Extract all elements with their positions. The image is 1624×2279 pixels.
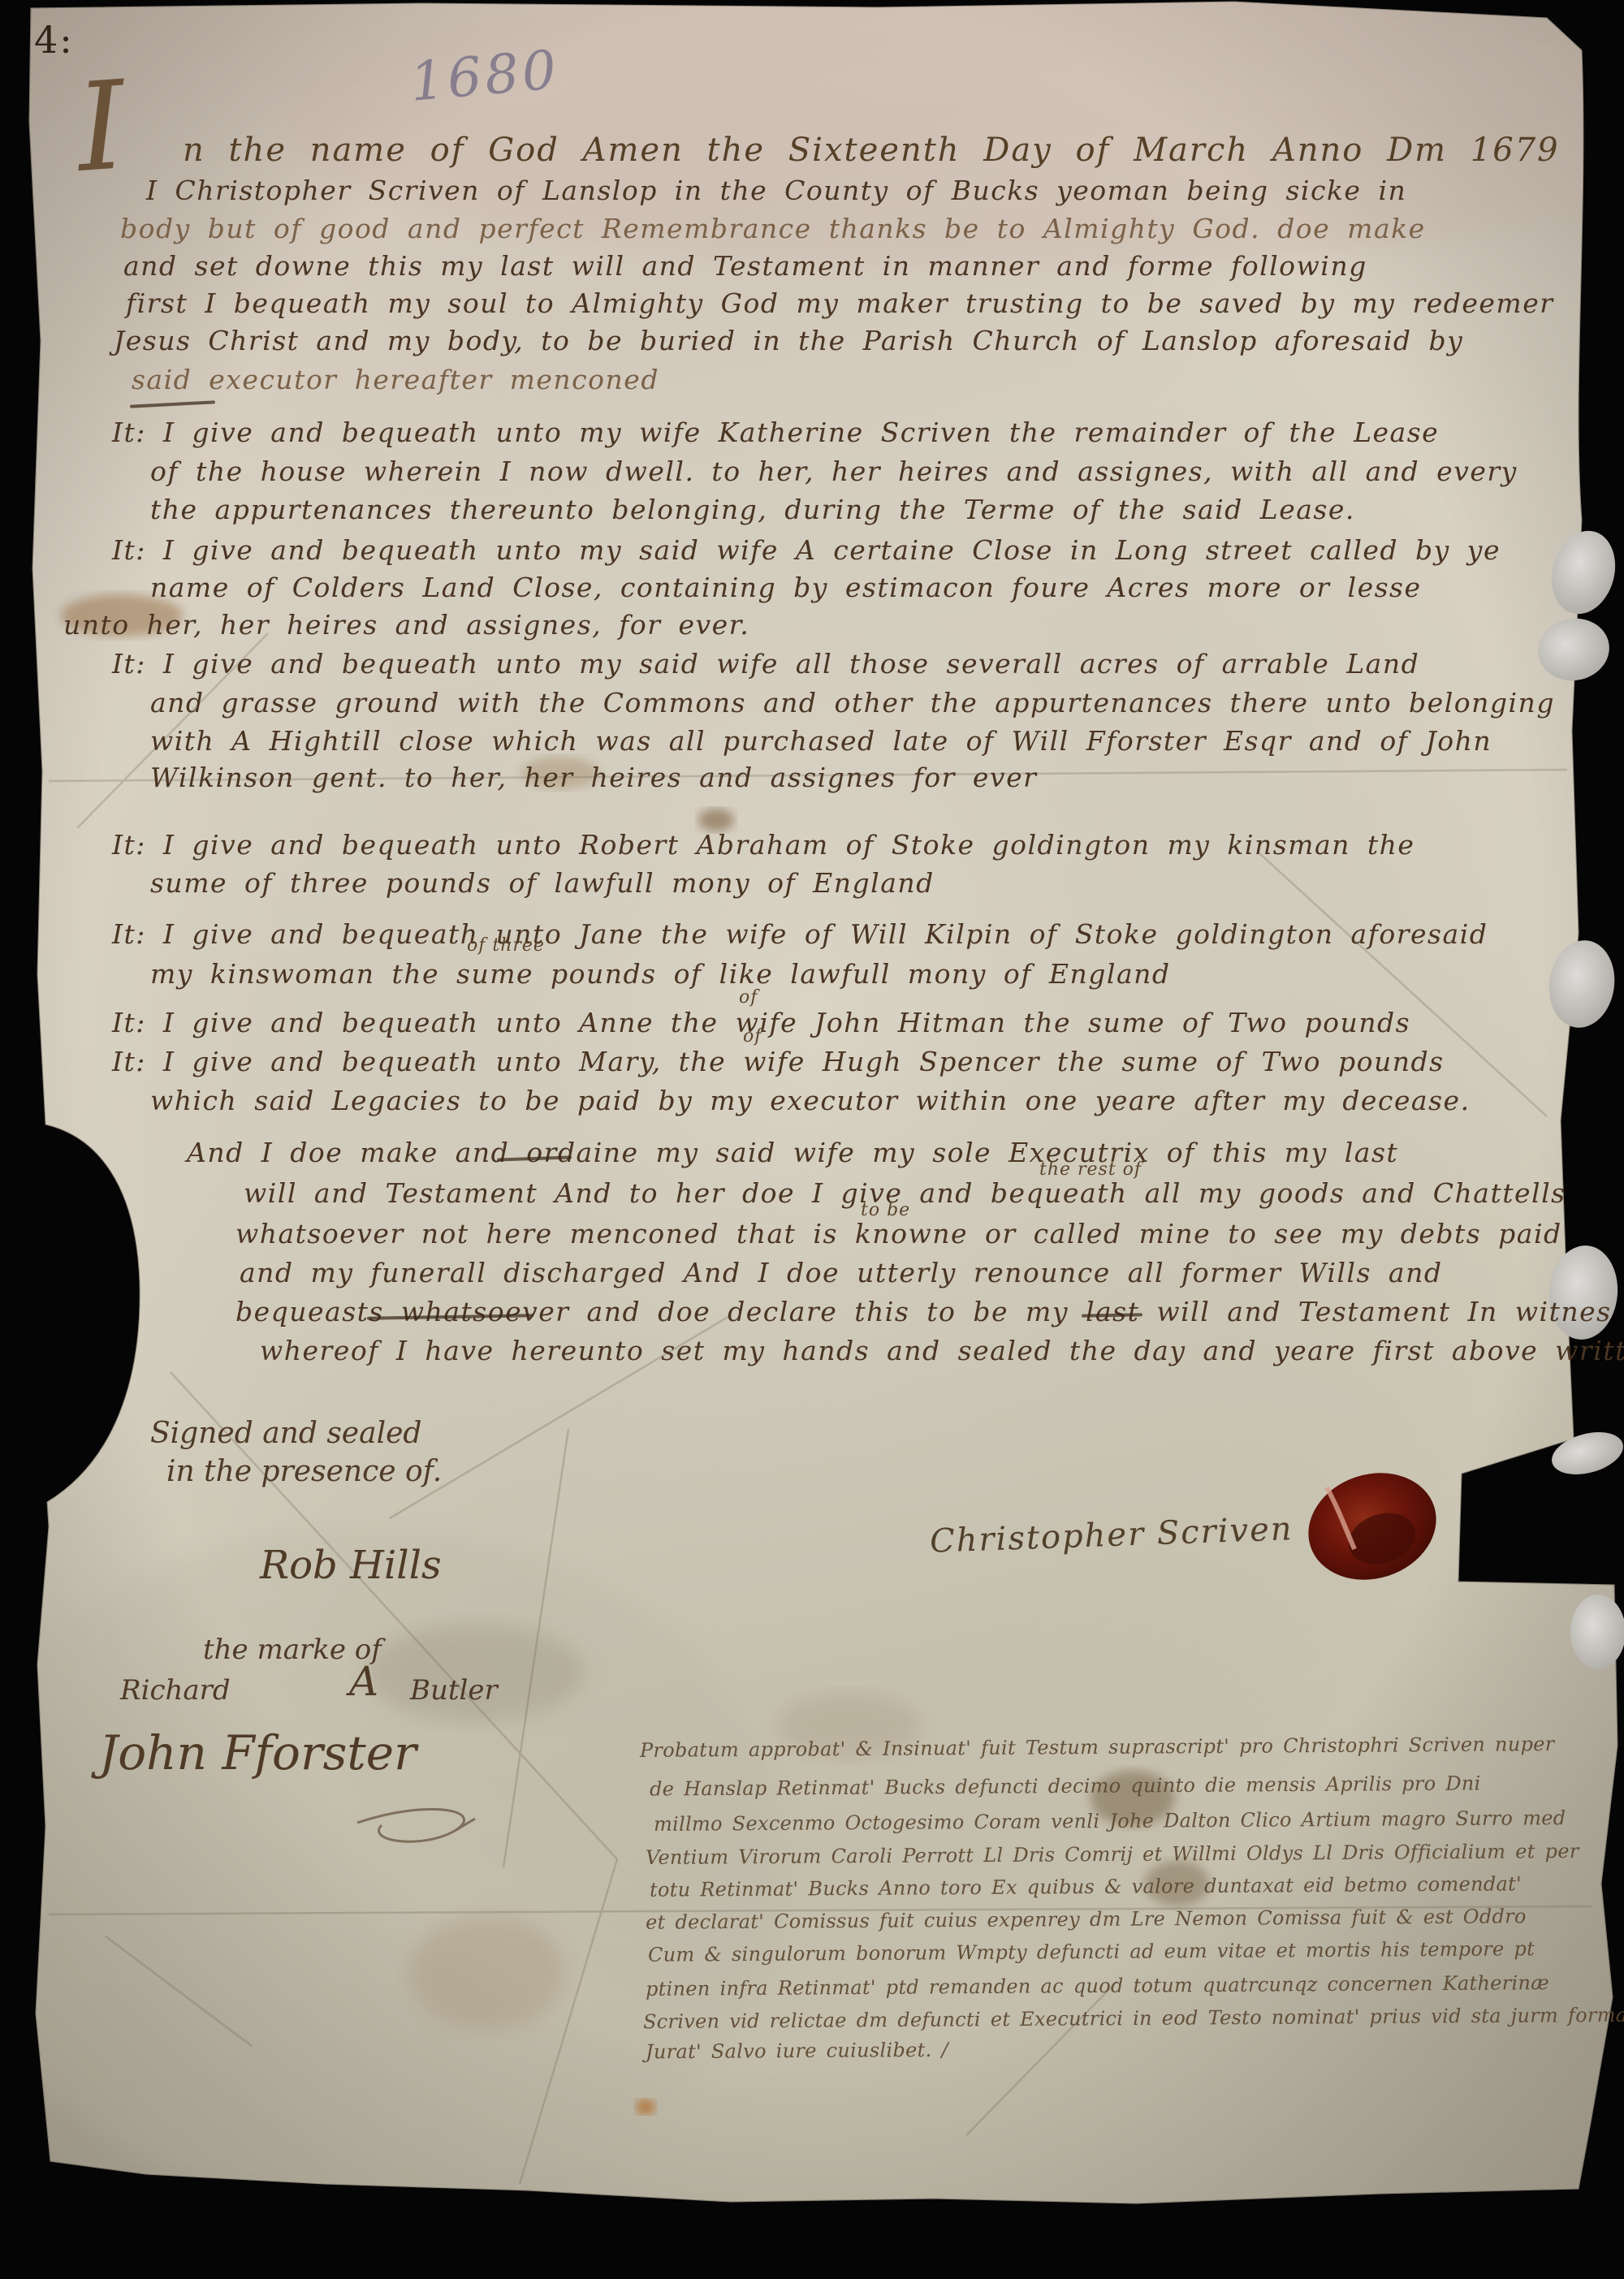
archive-year-annotation: 1680	[408, 38, 562, 114]
witness-signature: John Fforster	[99, 1725, 417, 1780]
strike-mark	[130, 400, 215, 408]
probate-line: et declarat' Comissus fuit cuius expenre…	[646, 1905, 1527, 1934]
bequest-line: It: I give and bequeath unto Robert Abra…	[112, 829, 1415, 861]
probate-line: Probatum approbat' & Insinuat' fuit Test…	[640, 1733, 1555, 1762]
bequest-line: the appurtenances thereunto belonging, d…	[150, 494, 1355, 525]
witness-mark: A	[349, 1658, 378, 1705]
probate-line: millmo Sexcenmo Octogesimo Coram venli J…	[654, 1806, 1566, 1836]
bequest-line: of the house wherein I now dwell. to her…	[150, 455, 1518, 487]
opening-dropcap: I	[73, 71, 129, 184]
will-opening-line: n the name of God Amen the Sixteenth Day…	[183, 132, 1560, 169]
probate-line: Scriven vid relictae dm defuncti et Exec…	[643, 2004, 1624, 2033]
interlinear-insertion: the rest of	[1039, 1159, 1142, 1180]
folio-number: 4:	[34, 18, 74, 62]
witness-signature: Butler	[410, 1674, 498, 1707]
witness-signature: Rob Hills	[260, 1543, 442, 1588]
will-opening-line: first I bequeath my soul to Almighty God…	[126, 287, 1554, 319]
bequest-line: It: I give and bequeath unto my said wif…	[112, 534, 1501, 566]
will-opening-line: body but of good and perfect Remembrance…	[120, 213, 1426, 244]
testator-signature: Christopher Scriven	[929, 1510, 1294, 1560]
bequest-line: It: I give and bequeath unto Jane the wi…	[112, 918, 1488, 950]
bequest-line: sume of three pounds of lawfull mony of …	[150, 867, 935, 899]
will-opening-line: and set downe this my last will and Test…	[123, 250, 1367, 282]
closing-line: whereof I have hereunto set my hands and…	[260, 1335, 1624, 1366]
interlinear-insertion: of three	[467, 935, 545, 956]
bequest-line: my kinswoman the sume pounds of like law…	[150, 958, 1171, 990]
interlinear-insertion: of	[739, 987, 758, 1008]
manuscript-text: 4: 1680 I n the name of God Amen the Six…	[0, 0, 1624, 2279]
closing-line: whatsoever not here menconed that is kno…	[235, 1218, 1562, 1250]
probate-line: ptinen infra Retinmat' ptd remanden ac q…	[646, 1971, 1549, 2001]
interlinear-insertion: to be	[861, 1200, 910, 1220]
attestation-line: in the presence of.	[166, 1455, 442, 1488]
witness-signature: Richard	[120, 1674, 231, 1707]
bequest-line: It: I give and bequeath unto my wife Kat…	[112, 417, 1439, 448]
bequest-line: Wilkinson gent. to her, her heires and a…	[150, 762, 1037, 793]
will-opening-line: said executor hereafter menconed	[132, 364, 659, 395]
probate-line: Ventium Virorum Caroli Perrott Ll Dris C…	[646, 1840, 1579, 1869]
closing-line: And I doe make and ordaine my said wife …	[187, 1137, 1398, 1168]
probate-line: de Hanslap Retinmat' Bucks defuncti deci…	[650, 1772, 1481, 1800]
bequest-line: unto her, her heires and assignes, for e…	[63, 609, 749, 641]
interlinear-insertion: of	[743, 1026, 762, 1047]
probate-line: totu Retinmat' Bucks Anno toro Ex quibus…	[650, 1872, 1522, 1901]
bequest-line: name of Colders Land Close, containing b…	[150, 572, 1422, 603]
bequest-line: with A Hightill close which was all purc…	[150, 725, 1492, 757]
closing-line: and my funerall discharged And I doe utt…	[240, 1257, 1442, 1288]
probate-line: Cum & singulorum bonorum Wmpty defuncti …	[648, 1937, 1535, 1966]
will-opening-line: Jesus Christ and my body, to be buried i…	[114, 325, 1463, 356]
will-opening-line: I Christopher Scriven of Lanslop in the …	[146, 175, 1406, 206]
bequest-line: which said Legacies to be paid by my exe…	[150, 1085, 1471, 1116]
bequest-line: and grasse ground with the Commons and o…	[150, 687, 1555, 719]
attestation-line: Signed and sealed	[150, 1417, 421, 1450]
closing-line: bequeasts whatsoever and doe declare thi…	[235, 1296, 1612, 1327]
bequest-line: It: I give and bequeath unto Mary, the w…	[112, 1046, 1445, 1077]
bequest-line: It: I give and bequeath unto my said wif…	[112, 648, 1419, 680]
photograph-of-will: 4: 1680 I n the name of God Amen the Six…	[0, 0, 1624, 2279]
probate-line: Jurat' Salvo iure cuiuslibet. /	[646, 2039, 948, 2064]
